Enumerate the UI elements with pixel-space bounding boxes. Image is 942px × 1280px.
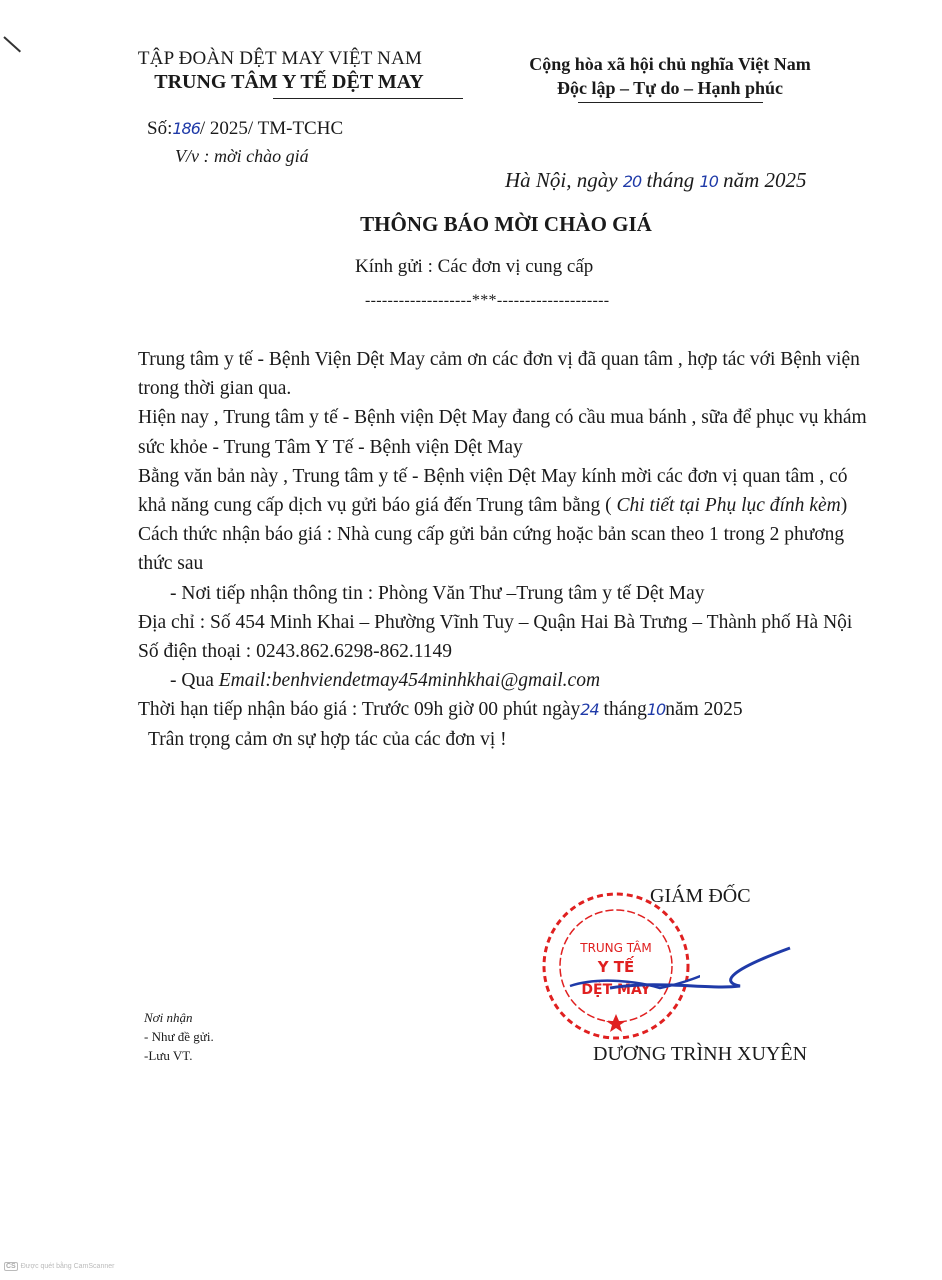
recipient-item: - Như đề gửi. [144,1027,214,1046]
org-name-underline [273,98,463,99]
nation-motto: Độc lập – Tự do – Hạnh phúc [490,76,850,100]
scanner-watermark: CS Được quét bằng CamScanner [4,1262,114,1271]
recipients-block: Nơi nhận - Như đề gửi. -Lưu VT. [144,1008,214,1065]
signatory-title: GIÁM ĐỐC [650,885,751,908]
header-right: Cộng hòa xã hội chủ nghĩa Việt Nam Độc l… [490,52,850,103]
email-address: Email:benhviendetmay454minhkhai@gmail.co… [219,670,600,691]
paragraph-method: Cách thức nhận báo giá : Nhà cung cấp gử… [138,520,868,578]
bullet-office: - Nơi tiếp nhận thông tin : Phòng Văn Th… [138,579,868,608]
document-body: Trung tâm y tế - Bệnh Viện Dệt May cảm ơ… [138,345,868,754]
org-name: TRUNG TÂM Y TẾ DỆT MAY [118,70,460,94]
paragraph-need: Hiện nay , Trung tâm y tế - Bệnh viện Dệ… [138,403,868,461]
scan-corner-mark [3,36,21,52]
handwritten-month: 10 [700,172,718,191]
signatory-name: DƯƠNG TRÌNH XUYÊN [593,1043,807,1066]
date-line: Hà Nội, ngày 20 tháng 10 năm 2025 [505,168,807,193]
handwritten-ref-number: 186 [172,119,200,138]
closing-line: Trân trọng cảm ơn sự hợp tác của các đơn… [138,725,868,754]
handwritten-deadline-day: 24 [580,700,598,719]
address-line: Địa chỉ : Số 454 Minh Khai – Phường Vĩnh… [138,608,868,637]
document-title: THÔNG BÁO MỜI CHÀO GIÁ [0,212,942,237]
handwritten-deadline-month: 10 [647,700,665,719]
motto-underline [578,102,763,103]
reference-number: Số:186/ 2025/ TM-TCHC [147,118,343,140]
header-left: TẬP ĐOÀN DỆT MAY VIỆT NAM TRUNG TÂM Y TẾ… [100,48,460,99]
camscanner-icon: CS [4,1262,18,1271]
recipients-label: Nơi nhận [144,1008,214,1027]
org-parent: TẬP ĐOÀN DỆT MAY VIỆT NAM [100,48,460,70]
subject-line: V/v : mời chào giá [175,146,309,167]
recipient-item: -Lưu VT. [144,1046,214,1065]
handwritten-day: 20 [623,172,641,191]
nation-title: Cộng hòa xã hội chủ nghĩa Việt Nam [490,52,850,76]
deadline-line: Thời hạn tiếp nhận báo giá : Trước 09h g… [138,695,868,724]
paragraph-thanks: Trung tâm y tế - Bệnh Viện Dệt May cảm ơ… [138,345,868,403]
bullet-email: - Qua Email:benhviendetmay454minhkhai@gm… [138,666,868,695]
addressee: Kính gửi : Các đơn vị cung cấp [355,256,593,278]
paragraph-invitation: Bằng văn bản này , Trung tâm y tế - Bệnh… [138,462,868,520]
phone-line: Số điện thoại : 0243.862.6298-862.1149 [138,637,868,666]
signature-stroke [600,940,800,1000]
separator: -------------------***------------------… [365,292,609,310]
